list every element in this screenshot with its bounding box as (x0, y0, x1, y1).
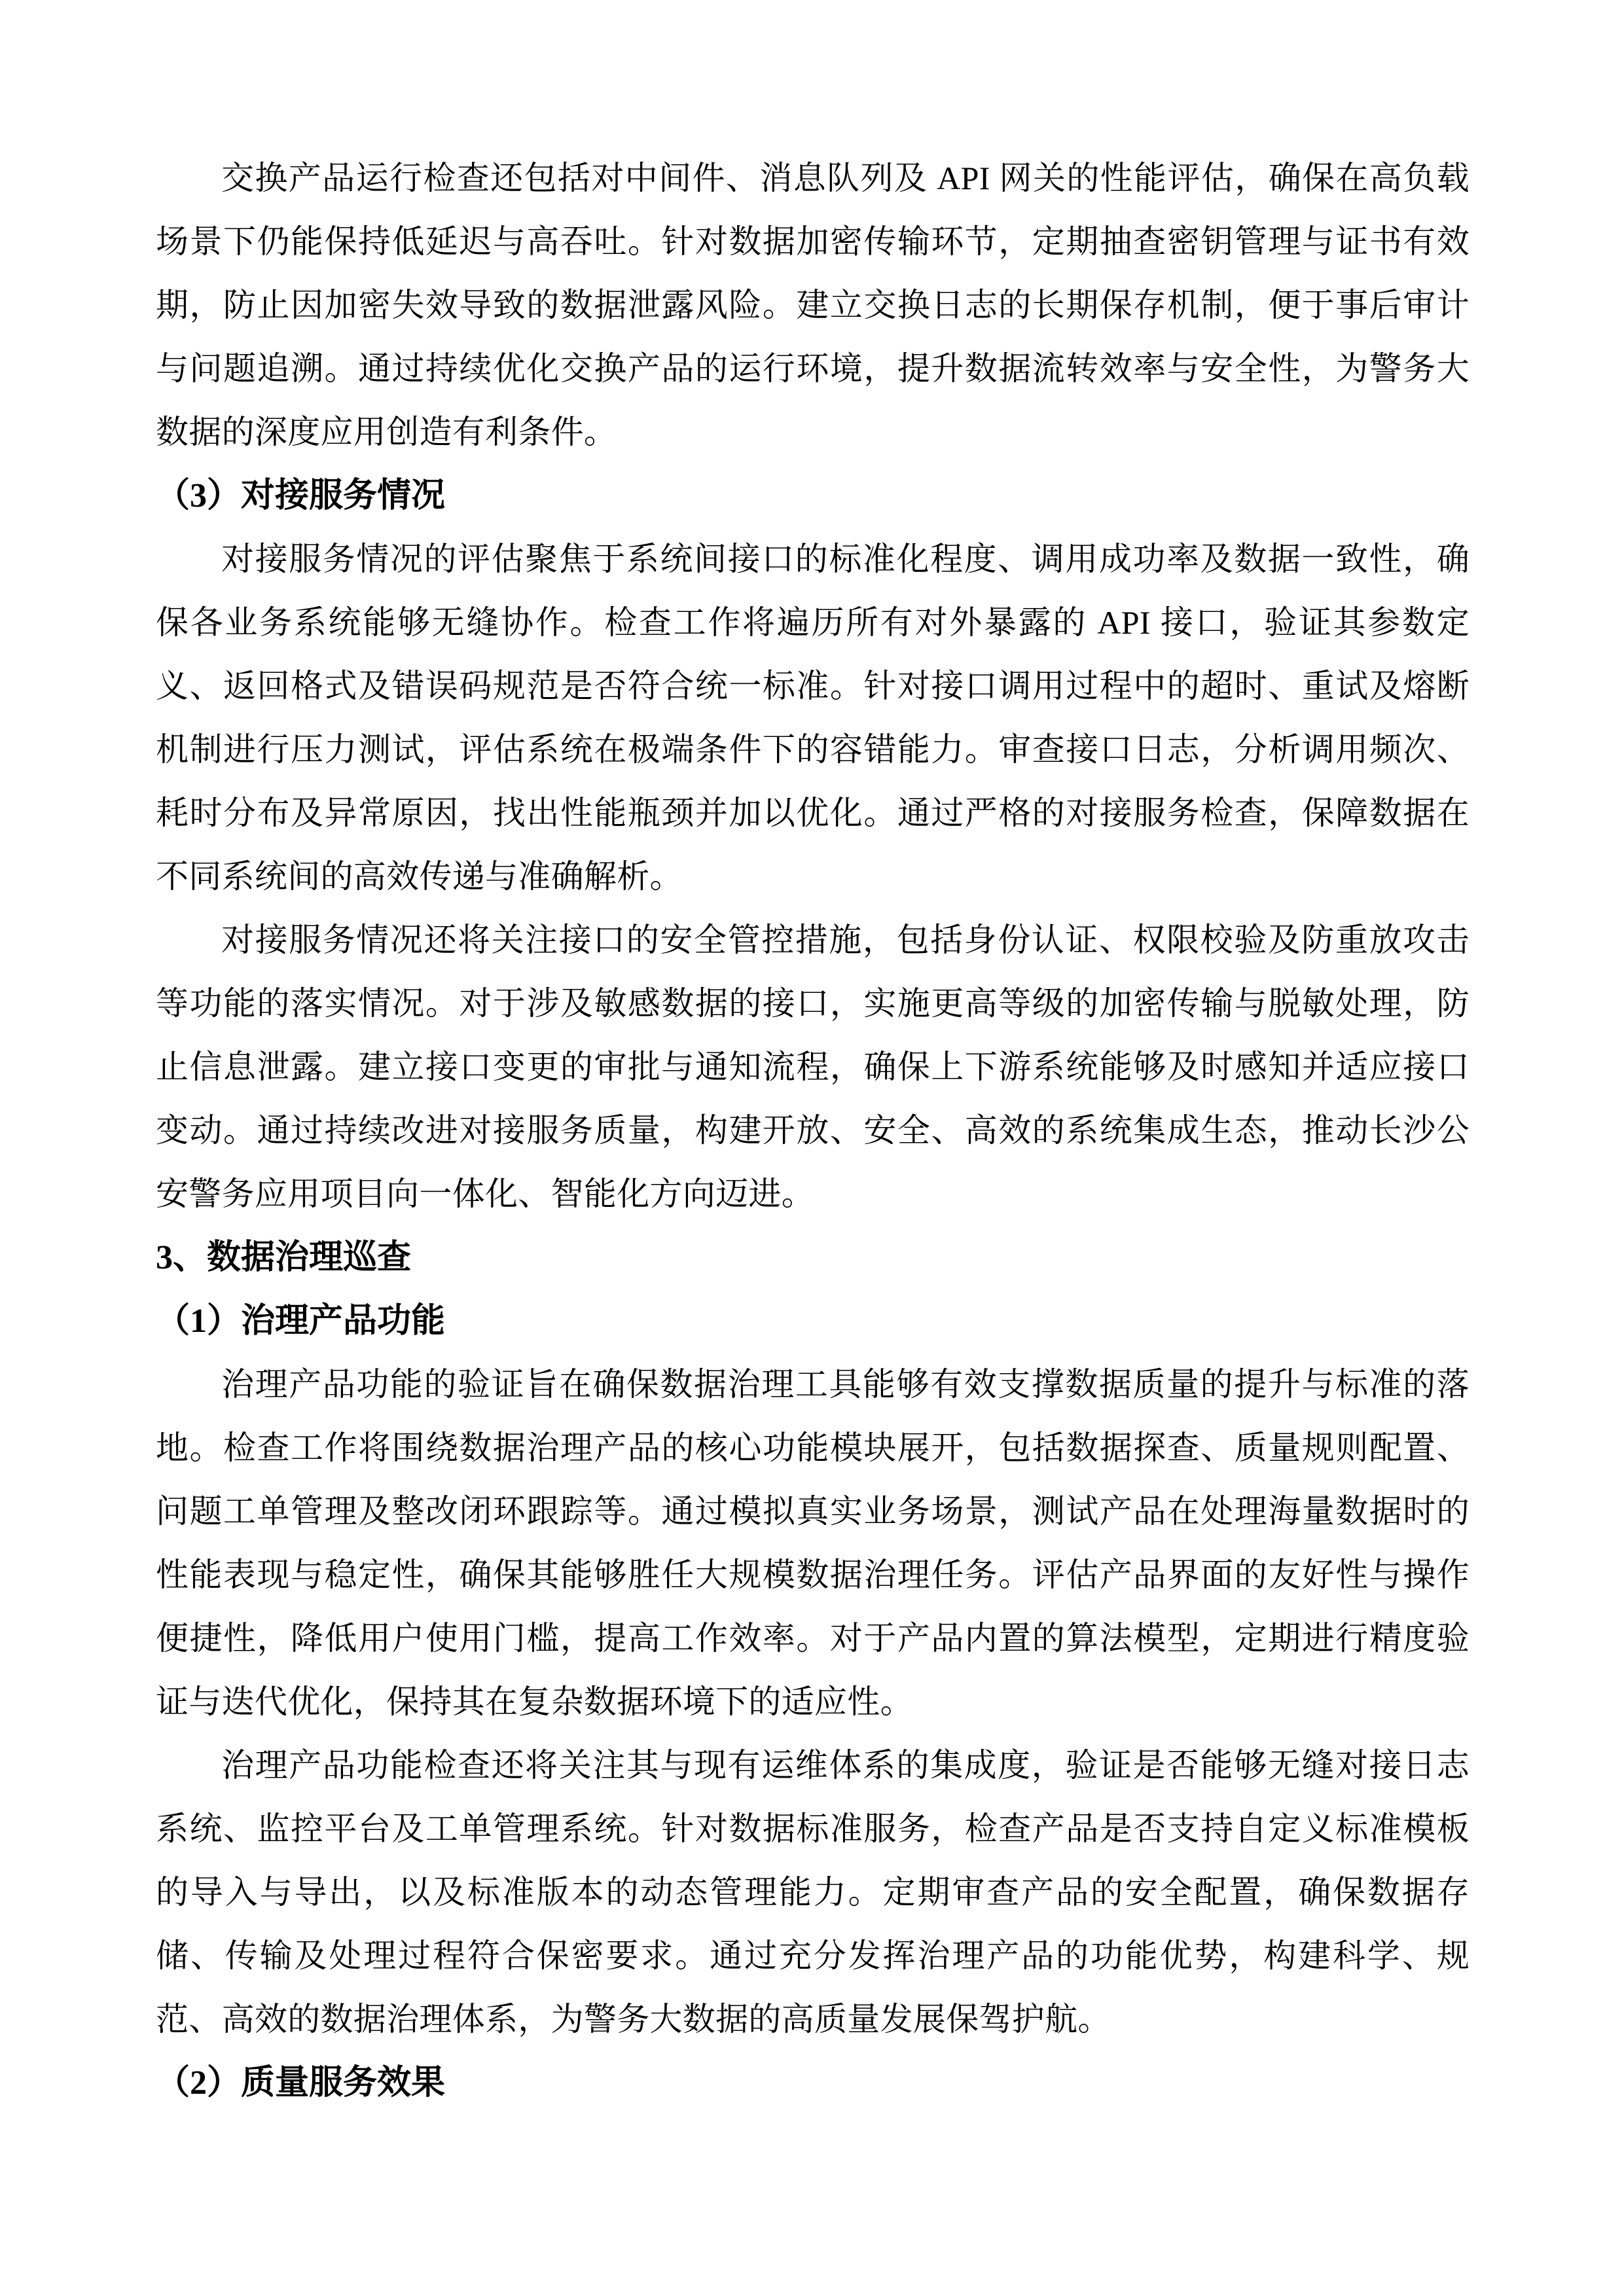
body-paragraph-exchange-product-operation: 交换产品运行检查还包括对中间件、消息队列及 API 网关的性能评估，确保在高负载… (156, 147, 1470, 464)
document-page: 交换产品运行检查还包括对中间件、消息队列及 API 网关的性能评估，确保在高负载… (0, 0, 1624, 2296)
body-paragraph-docking-service-evaluation: 对接服务情况的评估聚焦于系统间接口的标准化程度、调用成功率及数据一致性，确保各业… (156, 528, 1470, 908)
body-paragraph-governance-product-verification: 治理产品功能的验证旨在确保数据治理工具能够有效支撑数据质量的提升与标准的落地。检… (156, 1353, 1470, 1734)
body-paragraph-docking-service-security: 对接服务情况还将关注接口的安全管控措施，包括身份认证、权限校验及防重放攻击等功能… (156, 908, 1470, 1226)
body-paragraph-governance-product-integration: 治理产品功能检查还将关注其与现有运维体系的集成度，验证是否能够无缝对接日志系统、… (156, 1734, 1470, 2051)
sub-heading-docking-service-status: （3）对接服务情况 (156, 464, 1470, 528)
sub-heading-quality-service-effect: （2）质量服务效果 (156, 2051, 1470, 2115)
sub-heading-governance-product-function: （1）治理产品功能 (156, 1289, 1470, 1353)
section-heading-data-governance-inspection: 3、数据治理巡查 (156, 1226, 1470, 1289)
